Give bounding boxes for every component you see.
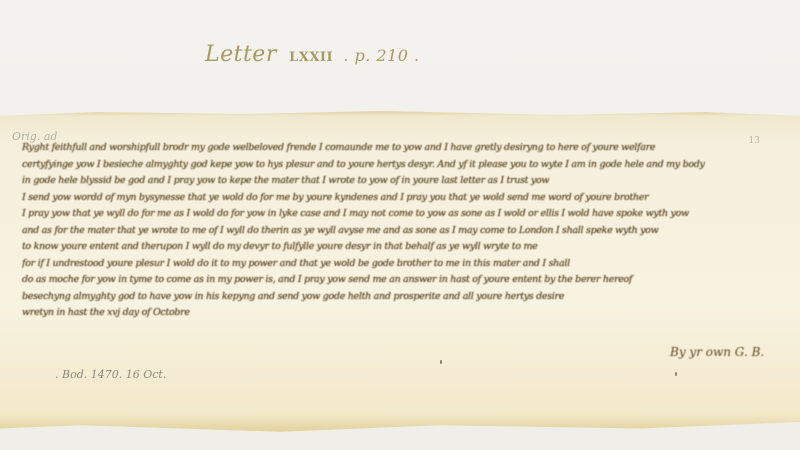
ink-speck: [675, 372, 677, 376]
archival-caption: Letter LXXII . p. 210 .: [205, 42, 420, 67]
letter-line: Ryght feithfull and worshipfull brodr my…: [22, 142, 782, 159]
letter-body: Ryght feithfull and worshipfull brodr my…: [22, 142, 782, 324]
manuscript-letter: Orig. ad 13 Ryght feithfull and worshipf…: [0, 110, 800, 435]
letter-line: besechyng almyghty god to have yow in hi…: [22, 291, 782, 308]
letter-line: in gode hele blyssid be god and I pray y…: [22, 175, 782, 192]
docket-note: . Bod. 1470. 16 Oct.: [55, 368, 166, 381]
letter-line: I pray yow that ye wyll do for me as I w…: [22, 208, 782, 225]
album-page: Letter LXXII . p. 210 . Orig. ad 13 Rygh…: [0, 0, 800, 450]
signature: By yr own G. B.: [670, 345, 764, 359]
letter-line: I send yow wordd of myn bysynesse that y…: [22, 192, 782, 209]
letter-line: to know youre entent and therupon I wyll…: [22, 241, 782, 258]
letter-line: wretyn in hast the xvj day of Octobre: [22, 307, 782, 324]
letter-line: for if I undrestood youre plesur I wold …: [22, 258, 782, 275]
caption-word: Letter: [205, 42, 277, 67]
ink-speck: [440, 360, 442, 364]
letter-line: certyfyinge yow I besieche almyghty god …: [22, 159, 782, 176]
letter-line: do as moche for yow in tyme to come as i…: [22, 274, 782, 291]
letter-line: and as for the mater that ye wrote to me…: [22, 225, 782, 242]
page-reference: . p. 210 .: [343, 46, 419, 65]
letter-number: LXXII: [289, 50, 333, 65]
